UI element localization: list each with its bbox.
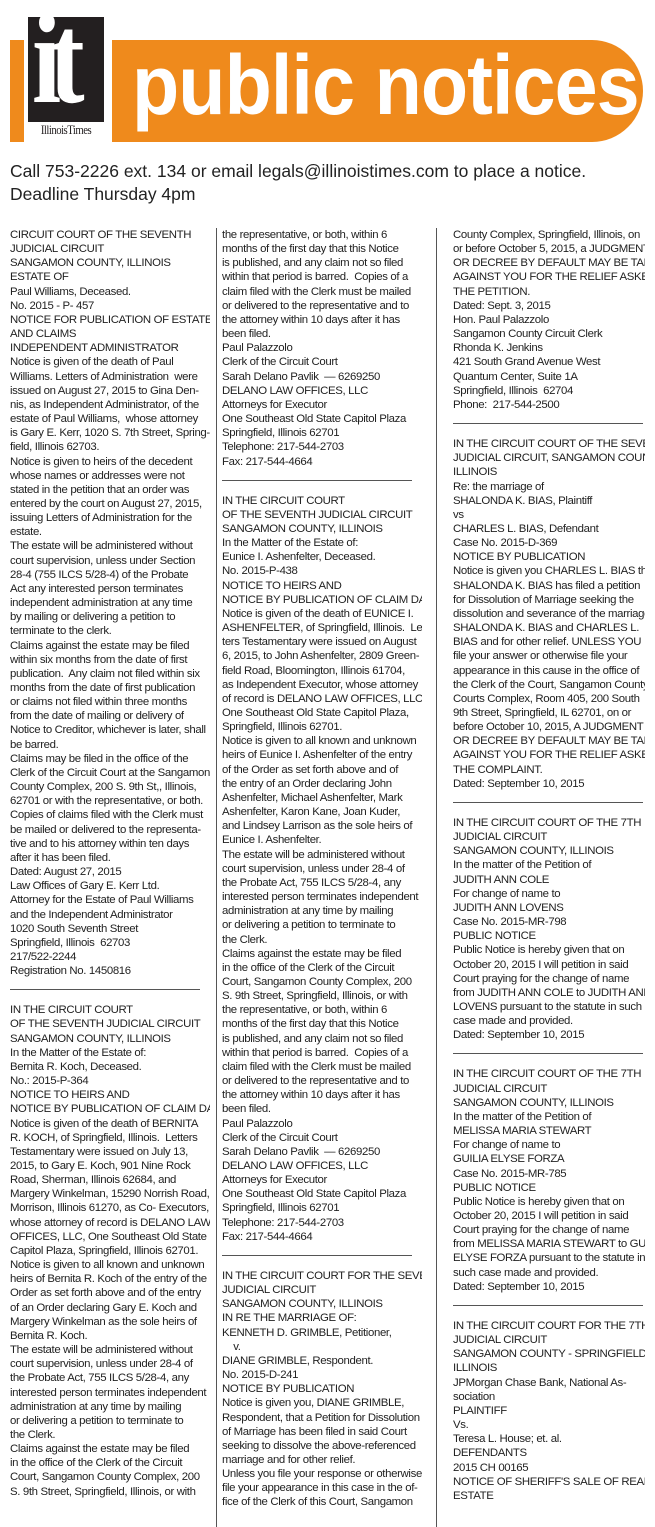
column-divider bbox=[436, 228, 437, 1527]
notice-line: from JUDITH ANN COLE to JUDITH ANN bbox=[453, 986, 645, 1000]
notice-line: SHALONDA K. BIAS, Plaintiff bbox=[453, 494, 645, 508]
notice-line: and the Independent Administrator bbox=[10, 908, 210, 922]
notice-line: within that period is barred. Copies of … bbox=[222, 1046, 422, 1060]
notice-line: Copies of claims filed with the Clerk mu… bbox=[10, 808, 210, 822]
notice-line: fice of the Clerk of this Court, Sangamo… bbox=[222, 1495, 422, 1509]
notice-line: seeking to dissolve the above-referenced bbox=[222, 1439, 422, 1453]
notice-line: vs bbox=[453, 508, 645, 522]
notice-line: Dated: September 10, 2015 bbox=[453, 1280, 645, 1294]
notice-line: The estate will be administered without bbox=[222, 848, 422, 862]
notice-line: issued on August 27, 2015 to Gina Den- bbox=[10, 384, 210, 398]
notice-line: PUBLIC NOTICE bbox=[453, 929, 645, 943]
legal-notice: IN THE CIRCUIT COURT OF THE SEVENTHJUDIC… bbox=[453, 437, 645, 791]
notice-line: heirs of Bernita R. Koch of the entry of… bbox=[10, 1272, 210, 1286]
notice-line: ILLINOIS bbox=[453, 465, 645, 479]
notice-line: Dated: Sept. 3, 2015 bbox=[453, 299, 645, 313]
notice-line: JUDICIAL CIRCUIT, SANGAMON COUNTY, bbox=[453, 451, 645, 465]
notice-line: file your answer or otherwise file your bbox=[453, 649, 645, 663]
notice-separator bbox=[222, 1255, 412, 1256]
notice-line: JPMorgan Chase Bank, National As- bbox=[453, 1376, 645, 1390]
notice-line: file your appearance in this case in the… bbox=[222, 1481, 422, 1495]
notice-line: Clerk of the Circuit Court bbox=[222, 355, 422, 369]
notice-line: JUDICIAL CIRCUIT bbox=[453, 830, 645, 844]
notice-line: or delivered to the representative and t… bbox=[222, 299, 422, 313]
notice-line: For change of name to bbox=[453, 887, 645, 901]
notice-line: Act any interested person terminates bbox=[10, 582, 210, 596]
notice-line: One Southeast Old State Capitol Plaza bbox=[222, 1187, 422, 1201]
notice-line: before October 10, 2015, A JUDGMENT bbox=[453, 720, 645, 734]
notice-line: THE COMPLAINT. bbox=[453, 763, 645, 777]
notice-line: Springfield, Illinois 62703 bbox=[10, 936, 210, 950]
notice-line: 2015 CH 00165 bbox=[453, 1461, 645, 1475]
notice-line: estate. bbox=[10, 525, 210, 539]
notice-line: S. 9th Street, Springfield, Illinois, or… bbox=[222, 989, 422, 1003]
legal-notice: IN THE CIRCUIT COURT FOR THE 7THJUDICIAL… bbox=[453, 1319, 645, 1503]
notice-line: ILLINOIS bbox=[453, 1361, 645, 1375]
notice-line: CHARLES L. BIAS, Defendant bbox=[453, 522, 645, 536]
page-header: it IllinoisTimes public notices Call 753… bbox=[0, 0, 655, 150]
notice-line: SANGAMON COUNTY, ILLINOIS bbox=[222, 522, 422, 536]
notice-line: The estate will be administered without bbox=[10, 1343, 210, 1357]
notice-line: the attorney within 10 days after it has bbox=[222, 313, 422, 327]
notice-line: been filed. bbox=[222, 327, 422, 341]
notice-line: Notice is given you, DIANE GRIMBLE, bbox=[222, 1396, 422, 1410]
notice-line: In the matter of the Petition of bbox=[453, 858, 645, 872]
notice-line: ELYSE FORZA pursuant to the statute in bbox=[453, 1251, 645, 1265]
notice-line: Testamentary were issued on July 13, bbox=[10, 1145, 210, 1159]
logo-wordmark: IllinoisTimes bbox=[33, 123, 98, 138]
notice-line: Rhonda K. Jenkins bbox=[453, 341, 645, 355]
notice-line: Notice is given of the death of Paul bbox=[10, 355, 210, 369]
notice-line: NOTICE BY PUBLICATION bbox=[222, 1382, 422, 1396]
notice-line: administration at any time by mailing bbox=[10, 1400, 210, 1414]
notice-line: Springfield, Illinois 62704 bbox=[453, 384, 645, 398]
notice-line: SANGAMON COUNTY, ILLINOIS bbox=[10, 256, 210, 270]
notice-line: is Gary E. Kerr, 1020 S. 7th Street, Spr… bbox=[10, 426, 210, 440]
notice-line: Paul Palazzolo bbox=[222, 1117, 422, 1131]
notice-line: the Clerk of the Court, Sangamon County bbox=[453, 678, 645, 692]
notice-line: OF THE SEVENTH JUDICIAL CIRCUIT bbox=[222, 508, 422, 522]
notice-line: claim filed with the Clerk must be maile… bbox=[222, 1060, 422, 1074]
column-1: CIRCUIT COURT OF THE SEVENTHJUDICIAL CIR… bbox=[10, 228, 210, 1527]
column-3: County Complex, Springfield, Illinois, o… bbox=[453, 228, 645, 1527]
notice-line: court supervision, unless under 28-4 of bbox=[10, 1357, 210, 1371]
notice-line: SANGAMON COUNTY, ILLINOIS bbox=[453, 844, 645, 858]
notice-line: be barred. bbox=[10, 738, 210, 752]
notice-separator bbox=[453, 1053, 643, 1054]
notice-line: the Probate Act, 755 ILCS 5/28-4, any bbox=[222, 876, 422, 890]
notice-line: after it has been filed. bbox=[10, 851, 210, 865]
notice-line: Unless you file your response or otherwi… bbox=[222, 1467, 422, 1481]
notice-line: Case No. 2015-MR-785 bbox=[453, 1167, 645, 1181]
notice-line: v. bbox=[222, 1340, 422, 1354]
legal-notice: IN THE CIRCUIT COURTOF THE SEVENTH JUDIC… bbox=[222, 494, 422, 1244]
notice-line: AGAINST YOU FOR THE RELIEF ASKED IN bbox=[453, 270, 645, 284]
notice-line: Public Notice is hereby given that on bbox=[453, 943, 645, 957]
notice-line: Respondent, that a Petition for Dissolut… bbox=[222, 1411, 422, 1425]
notice-line: IN THE CIRCUIT COURT OF THE 7TH bbox=[453, 816, 645, 830]
notice-line: Eunice I. Ashenfelter. bbox=[222, 833, 422, 847]
notice-line: CIRCUIT COURT OF THE SEVENTH bbox=[10, 228, 210, 242]
notice-separator bbox=[453, 423, 643, 424]
notice-line: INDEPENDENT ADMINISTRATOR bbox=[10, 341, 210, 355]
notice-line: 1020 South Seventh Street bbox=[10, 922, 210, 936]
notice-line: S. 9th Street, Springfield, Illinois, or… bbox=[10, 1485, 210, 1499]
notice-line: in the office of the Clerk of the Circui… bbox=[10, 1456, 210, 1470]
notice-line: Notice is given to heirs of the decedent bbox=[10, 455, 210, 469]
notice-line: Notice is given you CHARLES L. BIAS that bbox=[453, 564, 645, 578]
notice-line: issuing Letters of Administration for th… bbox=[10, 511, 210, 525]
notice-line: Attorneys for Executor bbox=[222, 1173, 422, 1187]
notice-line: tive and to his attorney within ten days bbox=[10, 837, 210, 851]
notice-line: Sarah Delano Pavlik — 6269250 bbox=[222, 1145, 422, 1159]
notice-line: whose names or addresses were not bbox=[10, 469, 210, 483]
notice-line: Ashenfelter, Karon Kane, Joan Kuder, bbox=[222, 805, 422, 819]
notice-line: County Complex, Springfield, Illinois, o… bbox=[453, 228, 645, 242]
notice-line: Fax: 217-544-4664 bbox=[222, 1230, 422, 1244]
notice-line: Attorneys for Executor bbox=[222, 398, 422, 412]
notice-line: Court, Sangamon County Complex, 200 bbox=[10, 1470, 210, 1484]
notice-line: Public Notice is hereby given that on bbox=[453, 1195, 645, 1209]
notice-line: Notice is given to all known and unknown bbox=[10, 1258, 210, 1272]
notice-line: Claims may be filed in the office of the bbox=[10, 752, 210, 766]
notice-line: the representative, or both, within 6 bbox=[222, 1003, 422, 1017]
notice-line: sociation bbox=[453, 1390, 645, 1404]
notice-line: or delivered to the representative and t… bbox=[222, 1074, 422, 1088]
notice-line: NOTICE TO HEIRS AND bbox=[10, 1088, 210, 1102]
notice-line: GUILIA ELYSE FORZA bbox=[453, 1152, 645, 1166]
notice-line: JUDITH ANN LOVENS bbox=[453, 901, 645, 915]
notice-line: Registration No. 1450816 bbox=[10, 964, 210, 978]
notice-line: interested person terminates independent bbox=[10, 1386, 210, 1400]
notice-line: 9th Street, Springfield, IL 62701, on or bbox=[453, 706, 645, 720]
notice-line: Order as set forth above and of the entr… bbox=[10, 1286, 210, 1300]
notice-line: NOTICE BY PUBLICATION bbox=[453, 550, 645, 564]
notice-line: Court praying for the change of name bbox=[453, 972, 645, 986]
notice-line: In the Matter of the Estate of: bbox=[222, 536, 422, 550]
notice-line: No. 2015-D-241 bbox=[222, 1368, 422, 1382]
notice-line: ters Testamentary were issued on August bbox=[222, 635, 422, 649]
notice-line: For change of name to bbox=[453, 1138, 645, 1152]
notice-line: No. 2015-P-438 bbox=[222, 564, 422, 578]
notice-line: In the Matter of the Estate of: bbox=[10, 1046, 210, 1060]
notice-line: Clerk of the Circuit Court at the Sangam… bbox=[10, 766, 210, 780]
notice-line: court supervision, unless under Section bbox=[10, 554, 210, 568]
notice-line: Quantum Center, Suite 1A bbox=[453, 370, 645, 384]
notice-line: and Lindsey Larrison as the sole heirs o… bbox=[222, 819, 422, 833]
notice-line: 62701 or with the representative, or bot… bbox=[10, 794, 210, 808]
section-banner: public notices bbox=[112, 40, 643, 142]
notice-line: DIANE GRIMBLE, Respondent. bbox=[222, 1354, 422, 1368]
notice-line: JUDICIAL CIRCUIT bbox=[453, 1082, 645, 1096]
notice-line: for Dissolution of Marriage seeking the bbox=[453, 593, 645, 607]
notice-line: AGAINST YOU FOR THE RELIEF ASKED IN bbox=[453, 748, 645, 762]
notice-line: Vs. bbox=[453, 1418, 645, 1432]
notice-line: 2015, to Gary E. Koch, 901 Nine Rock bbox=[10, 1159, 210, 1173]
notice-line: Springfield, Illinois 62701 bbox=[222, 426, 422, 440]
legal-notice: County Complex, Springfield, Illinois, o… bbox=[453, 228, 645, 412]
notice-line: Dated: September 10, 2015 bbox=[453, 1028, 645, 1042]
notice-line: of Marriage has been filed in said Court bbox=[222, 1425, 422, 1439]
notice-line: 217/522-2244 bbox=[10, 950, 210, 964]
legal-notice: the representative, or both, within 6mon… bbox=[222, 228, 422, 469]
notice-line: appearance in this cause in the office o… bbox=[453, 664, 645, 678]
notice-line: entered by the court on August 27, 2015, bbox=[10, 497, 210, 511]
notice-line: Paul Williams, Deceased. bbox=[10, 285, 210, 299]
column-2: the representative, or both, within 6mon… bbox=[222, 228, 422, 1527]
notice-line: been filed. bbox=[222, 1102, 422, 1116]
notice-line: DEFENDANTS bbox=[453, 1446, 645, 1460]
notice-line: Telephone: 217-544-2703 bbox=[222, 440, 422, 454]
notice-line: October 20, 2015 I will petition in said bbox=[453, 958, 645, 972]
notice-line: months of the first day that this Notice bbox=[222, 1017, 422, 1031]
notice-line: in the office of the Clerk of the Circui… bbox=[222, 961, 422, 975]
notice-line: IN THE CIRCUIT COURT bbox=[222, 494, 422, 508]
notice-line: Re: the marriage of bbox=[453, 480, 645, 494]
notice-line: the representative, or both, within 6 bbox=[222, 228, 422, 242]
notice-line: NOTICE FOR PUBLICATION OF ESTATE bbox=[10, 313, 210, 327]
notice-line: OR DECREE BY DEFAULT MAY BE TAKEN bbox=[453, 734, 645, 748]
legal-notice: IN THE CIRCUIT COURT OF THE 7THJUDICIAL … bbox=[453, 816, 645, 1043]
legal-notice: IN THE CIRCUIT COURTOF THE SEVENTH JUDIC… bbox=[10, 1003, 210, 1498]
notice-line: marriage and for other relief. bbox=[222, 1453, 422, 1467]
notice-line: Telephone: 217-544-2703 bbox=[222, 1216, 422, 1230]
notice-separator bbox=[453, 802, 643, 803]
notice-line: Sarah Delano Pavlik — 6269250 bbox=[222, 370, 422, 384]
notice-line: be mailed or delivered to the representa… bbox=[10, 823, 210, 837]
notice-line: dissolution and severance of the marriag… bbox=[453, 607, 645, 621]
notice-line: IN THE CIRCUIT COURT OF THE SEVENTH bbox=[453, 437, 645, 451]
notice-line: court supervision, unless under 28-4 of bbox=[222, 862, 422, 876]
notice-line: OFFICES, LLC, One Southeast Old State bbox=[10, 1230, 210, 1244]
notice-line: publication. Any claim not filed within … bbox=[10, 667, 210, 681]
notice-line: Paul Palazzolo bbox=[222, 341, 422, 355]
notice-line: OF THE SEVENTH JUDICIAL CIRCUIT bbox=[10, 1017, 210, 1031]
notice-line: terminate to the clerk. bbox=[10, 624, 210, 638]
notice-line: within six months from the date of first bbox=[10, 653, 210, 667]
notice-line: such case made and provided. bbox=[453, 1266, 645, 1280]
notice-line: Claims against the estate may be filed bbox=[10, 639, 210, 653]
notice-separator bbox=[453, 1305, 643, 1306]
notice-line: nis, as Independent Administrator, of th… bbox=[10, 398, 210, 412]
notice-line: Williams. Letters of Administration were bbox=[10, 370, 210, 384]
notice-line: No.: 2015-P-364 bbox=[10, 1074, 210, 1088]
notice-line: of an Order declaring Gary E. Koch and bbox=[10, 1301, 210, 1315]
notice-line: or before October 5, 2015, a JUDGMENT bbox=[453, 242, 645, 256]
notice-line: ASHENFELTER, of Springfield, Illinois. L… bbox=[222, 621, 422, 635]
notice-line: administration at any time by mailing bbox=[222, 904, 422, 918]
notice-line: Margery Winkelman, 15290 Norrish Road, bbox=[10, 1187, 210, 1201]
notice-line: the attorney within 10 days after it has bbox=[222, 1088, 422, 1102]
orange-accent-strip bbox=[10, 40, 24, 142]
notice-line: the Probate Act, 755 ILCS 5/28-4, any bbox=[10, 1371, 210, 1385]
notice-line: is published, and any claim not so filed bbox=[222, 1032, 422, 1046]
notice-line: DELANO LAW OFFICES, LLC bbox=[222, 1159, 422, 1173]
notice-line: Phone: 217-544-2500 bbox=[453, 398, 645, 412]
notice-line: months of the first day that this Notice bbox=[222, 242, 422, 256]
notice-line: the entry of an Order declaring John bbox=[222, 777, 422, 791]
notice-line: IN RE THE MARRIAGE OF: bbox=[222, 1311, 422, 1325]
notice-line: SANGAMON COUNTY - SPRINGFIELD, bbox=[453, 1347, 645, 1361]
notice-line: Springfield, Illinois 62701. bbox=[222, 720, 422, 734]
notice-line: PLAINTIFF bbox=[453, 1404, 645, 1418]
notice-line: IN THE CIRCUIT COURT FOR THE SEVENTH bbox=[222, 1269, 422, 1283]
notice-line: OR DECREE BY DEFAULT MAY BE TAKEN bbox=[453, 256, 645, 270]
logo-letters: it bbox=[32, 17, 73, 122]
logo-mark: it bbox=[28, 17, 104, 122]
notice-line: estate of Paul Williams, whose attorney bbox=[10, 412, 210, 426]
notice-line: THE PETITION. bbox=[453, 285, 645, 299]
notice-line: Case No. 2015-D-369 bbox=[453, 536, 645, 550]
notice-line: Notice is given of the death of EUNICE I… bbox=[222, 607, 422, 621]
notice-line: Morrison, Illinois 61270, as Co- Executo… bbox=[10, 1201, 210, 1215]
notice-line: heirs of Eunice I. Ashenfelter of the en… bbox=[222, 748, 422, 762]
notice-line: LOVENS pursuant to the statute in such bbox=[453, 1000, 645, 1014]
notice-line: NOTICE OF SHERIFF'S SALE OF REAL bbox=[453, 1475, 645, 1489]
notice-line: Eunice I. Ashenfelter, Deceased. bbox=[222, 550, 422, 564]
notice-line: JUDICIAL CIRCUIT bbox=[10, 242, 210, 256]
notice-line: JUDICIAL CIRCUIT bbox=[453, 1333, 645, 1347]
notice-line: Notice is given of the death of BERNITA bbox=[10, 1117, 210, 1131]
notice-columns: CIRCUIT COURT OF THE SEVENTHJUDICIAL CIR… bbox=[0, 228, 655, 1527]
notice-line: Bernita R. Koch. bbox=[10, 1329, 210, 1343]
notice-line: SANGAMON COUNTY, ILLINOIS bbox=[10, 1032, 210, 1046]
notice-line: JUDICIAL CIRCUIT bbox=[222, 1283, 422, 1297]
notice-line: Fax: 217-544-4664 bbox=[222, 455, 422, 469]
notice-line: SANGAMON COUNTY, ILLINOIS bbox=[453, 1096, 645, 1110]
notice-line: Claims against the estate may be filed bbox=[222, 947, 422, 961]
notice-line: 6, 2015, to John Ashenfelter, 2809 Green… bbox=[222, 649, 422, 663]
notice-line: IN THE CIRCUIT COURT FOR THE 7TH bbox=[453, 1319, 645, 1333]
notice-line: or delivering a petition to terminate to bbox=[222, 918, 422, 932]
notice-line: Dated: August 27, 2015 bbox=[10, 865, 210, 879]
notice-line: In the matter of the Petition of bbox=[453, 1110, 645, 1124]
notice-line: claim filed with the Clerk must be maile… bbox=[222, 285, 422, 299]
notice-line: Claims against the estate may be filed bbox=[10, 1442, 210, 1456]
notice-line: October 20, 2015 I will petition in said bbox=[453, 1209, 645, 1223]
notice-line: Springfield, Illinois 62701 bbox=[222, 1201, 422, 1215]
notice-line: R. KOCH, of Springfield, Illinois. Lette… bbox=[10, 1131, 210, 1145]
notice-line: KENNETH D. GRIMBLE, Petitioner, bbox=[222, 1326, 422, 1340]
notice-line: One Southeast Old State Capitol Plaza, bbox=[222, 706, 422, 720]
notice-line: Dated: September 10, 2015 bbox=[453, 777, 645, 791]
notice-line: IN THE CIRCUIT COURT OF THE 7TH bbox=[453, 1067, 645, 1081]
notice-line: the Clerk. bbox=[222, 933, 422, 947]
notice-line: Law Offices of Gary E. Kerr Ltd. bbox=[10, 879, 210, 893]
notice-line: SHALONDA K. BIAS has filed a petition bbox=[453, 579, 645, 593]
notice-separator bbox=[222, 480, 412, 481]
notice-line: No. 2015 - P- 457 bbox=[10, 299, 210, 313]
notice-line: field Road, Bloomington, Illinois 61704, bbox=[222, 664, 422, 678]
legal-notice: CIRCUIT COURT OF THE SEVENTHJUDICIAL CIR… bbox=[10, 228, 210, 978]
column-divider bbox=[216, 228, 217, 1527]
notice-line: is published, and any claim not so filed bbox=[222, 256, 422, 270]
legal-notice: IN THE CIRCUIT COURT FOR THE SEVENTHJUDI… bbox=[222, 1269, 422, 1510]
notice-line: SHALONDA K. BIAS and CHARLES L. bbox=[453, 621, 645, 635]
notice-separator bbox=[10, 989, 200, 990]
notice-line: SANGAMON COUNTY, ILLINOIS bbox=[222, 1297, 422, 1311]
contact-line: Call 753-2226 ext. 134 or email legals@i… bbox=[10, 160, 586, 183]
notice-line: as Independent Executor, whose attorney bbox=[222, 678, 422, 692]
notice-line: Notice is given to all known and unknown bbox=[222, 734, 422, 748]
notice-line: ESTATE OF bbox=[10, 270, 210, 284]
notice-line: BIAS and for other relief. UNLESS YOU bbox=[453, 635, 645, 649]
notice-line: from the date of mailing or delivery of bbox=[10, 709, 210, 723]
notice-line: months from the date of first publicatio… bbox=[10, 681, 210, 695]
notice-line: MELISSA MARIA STEWART bbox=[453, 1124, 645, 1138]
notice-line: Attorney for the Estate of Paul Williams bbox=[10, 893, 210, 907]
notice-line: Courts Complex, Room 405, 200 South bbox=[453, 692, 645, 706]
notice-line: Margery Winkelman as the sole heirs of bbox=[10, 1315, 210, 1329]
notice-line: Ashenfelter, Michael Ashenfelter, Mark bbox=[222, 791, 422, 805]
illinois-times-logo: it IllinoisTimes bbox=[28, 17, 104, 142]
notice-line: Sangamon County Circuit Clerk bbox=[453, 327, 645, 341]
notice-line: interested person terminates independent bbox=[222, 890, 422, 904]
legal-notice: IN THE CIRCUIT COURT OF THE 7THJUDICIAL … bbox=[453, 1067, 645, 1294]
notice-line: of record is DELANO LAW OFFICES, LLC, bbox=[222, 692, 422, 706]
notice-line: Teresa L. House; et. al. bbox=[453, 1432, 645, 1446]
section-title: public notices bbox=[132, 34, 639, 136]
notice-line: stated in the petition that an order was bbox=[10, 483, 210, 497]
notice-line: Court, Sangamon County Complex, 200 bbox=[222, 975, 422, 989]
notice-line: field, Illinois 62703. bbox=[10, 440, 210, 454]
notice-line: Road, Sherman, Illinois 62684, and bbox=[10, 1173, 210, 1187]
notice-line: One Southeast Old State Capitol Plaza bbox=[222, 412, 422, 426]
notice-line: from MELISSA MARIA STEWART to GUILIA bbox=[453, 1237, 645, 1251]
notice-line: NOTICE TO HEIRS AND bbox=[222, 579, 422, 593]
notice-line: NOTICE BY PUBLICATION OF CLAIM DATE bbox=[222, 593, 422, 607]
notice-line: by mailing or delivering a petition to bbox=[10, 610, 210, 624]
notice-line: Case No. 2015-MR-798 bbox=[453, 915, 645, 929]
notice-line: AND CLAIMS bbox=[10, 327, 210, 341]
notice-line: The estate will be administered without bbox=[10, 539, 210, 553]
notice-line: NOTICE BY PUBLICATION OF CLAIM DATE bbox=[10, 1102, 210, 1116]
notice-line: Capitol Plaza, Springfield, Illinois 627… bbox=[10, 1244, 210, 1258]
notice-line: 28-4 (755 ILCS 5/28-4) of the Probate bbox=[10, 568, 210, 582]
notice-line: or delivering a petition to terminate to bbox=[10, 1414, 210, 1428]
notice-line: IN THE CIRCUIT COURT bbox=[10, 1003, 210, 1017]
notice-line: Hon. Paul Palazzolo bbox=[453, 313, 645, 327]
notice-line: the Clerk. bbox=[10, 1428, 210, 1442]
notice-line: 421 South Grand Avenue West bbox=[453, 355, 645, 369]
notice-line: JUDITH ANN COLE bbox=[453, 873, 645, 887]
notice-line: Court praying for the change of name bbox=[453, 1223, 645, 1237]
notice-line: within that period is barred. Copies of … bbox=[222, 270, 422, 284]
notice-line: ESTATE bbox=[453, 1489, 645, 1503]
notice-line: County Complex, 200 S. 9th St,, Illinois… bbox=[10, 780, 210, 794]
notice-line: or claims not filed within three months bbox=[10, 695, 210, 709]
notice-line: Bernita R. Koch, Deceased. bbox=[10, 1060, 210, 1074]
contact-info: Call 753-2226 ext. 134 or email legals@i… bbox=[10, 160, 586, 206]
notice-line: whose attorney of record is DELANO LAW bbox=[10, 1216, 210, 1230]
notice-line: PUBLIC NOTICE bbox=[453, 1181, 645, 1195]
notice-line: Clerk of the Circuit Court bbox=[222, 1131, 422, 1145]
notice-line: Notice to Creditor, whichever is later, … bbox=[10, 723, 210, 737]
deadline-line: Deadline Thursday 4pm bbox=[10, 183, 586, 206]
notice-line: independent administration at any time bbox=[10, 596, 210, 610]
notice-line: of the Order as set forth above and of bbox=[222, 763, 422, 777]
notice-line: case made and provided. bbox=[453, 1014, 645, 1028]
notice-line: DELANO LAW OFFICES, LLC bbox=[222, 384, 422, 398]
